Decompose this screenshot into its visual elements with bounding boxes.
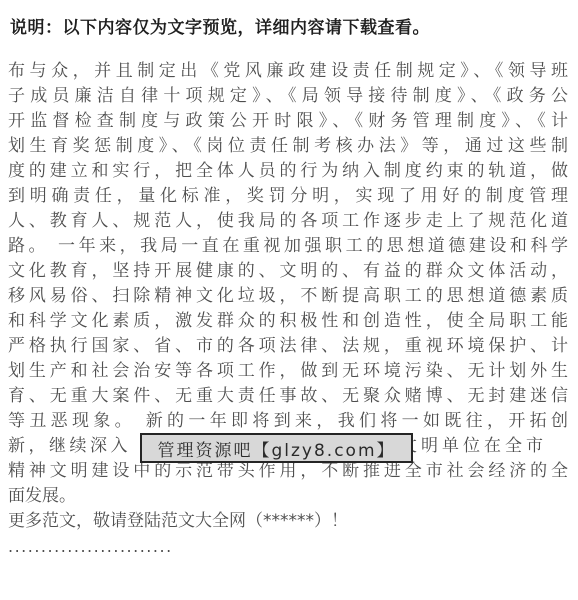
preview-line: 划生产和社会治安等各项工作，做到无环境污染、无计划外生: [8, 359, 568, 384]
preview-notice: 说明：以下内容仅为文字预览，详细内容请下载查看。: [10, 16, 568, 40]
preview-line: 严格执行国家、省、市的各项法律、法规，重视环境保护、计: [8, 334, 568, 359]
preview-line: 育、无重大案件、无重大责任事故、无聚众赌博、无封建迷信: [8, 384, 568, 409]
preview-page: 说明：以下内容仅为文字预览，详细内容请下载查看。 布与众，并且制定出《党风廉政建…: [0, 0, 578, 600]
trailing-dots: .........................: [8, 534, 568, 559]
preview-line: 路。 一年来，我局一直在重视加强职工的思想道德建设和科学: [8, 234, 568, 259]
preview-line: 文化教育，坚持开展健康的、文明的、有益的群众文体活动，: [8, 259, 568, 284]
preview-line: 度的建立和实行，把全体人员的行为纳入制度约束的轨道，做: [8, 159, 568, 184]
preview-line: 移风易俗、扫除精神文化垃圾，不断提高职工的思想道德素质: [8, 284, 568, 309]
preview-line: 子成员廉洁自律十项规定》、《局领导接待制度》、《政务公: [8, 84, 568, 109]
preview-line: 人、教育人、规范人，使我局的各项工作逐步走上了规范化道: [8, 209, 568, 234]
preview-line: 等丑恶现象。 新的一年即将到来，我们将一如既往，开拓创: [8, 409, 568, 434]
preview-line: 到明确责任，量化标准，奖罚分明，实现了用好的制度管理: [8, 184, 568, 209]
preview-line: 和科学文化素质，激发群众的积极性和创造性，使全局职工能: [8, 309, 568, 334]
watermark-line-right-text: 文明单位在全市: [400, 434, 547, 459]
preview-line: 划生育奖惩制度》、《岗位责任制考核办法》等，通过这些制: [8, 134, 568, 159]
preview-line: 布与众，并且制定出《党风廉政建设责任制规定》、《领导班: [8, 59, 568, 84]
document-body: 布与众，并且制定出《党风廉政建设责任制规定》、《领导班 子成员廉洁自律十项规定》…: [8, 59, 568, 559]
preview-line: 开监督检查制度与政策公开时限》、《财务管理制度》、《计: [8, 109, 568, 134]
watermark-line-left-text: 新，继续深入: [8, 436, 131, 456]
preview-line: 面发展。: [8, 484, 568, 509]
site-watermark-badge: 管理资源吧【glzy8.com】: [140, 433, 413, 463]
more-templates-note: 更多范文，敬请登陆范文大全网（******）！: [8, 509, 568, 534]
